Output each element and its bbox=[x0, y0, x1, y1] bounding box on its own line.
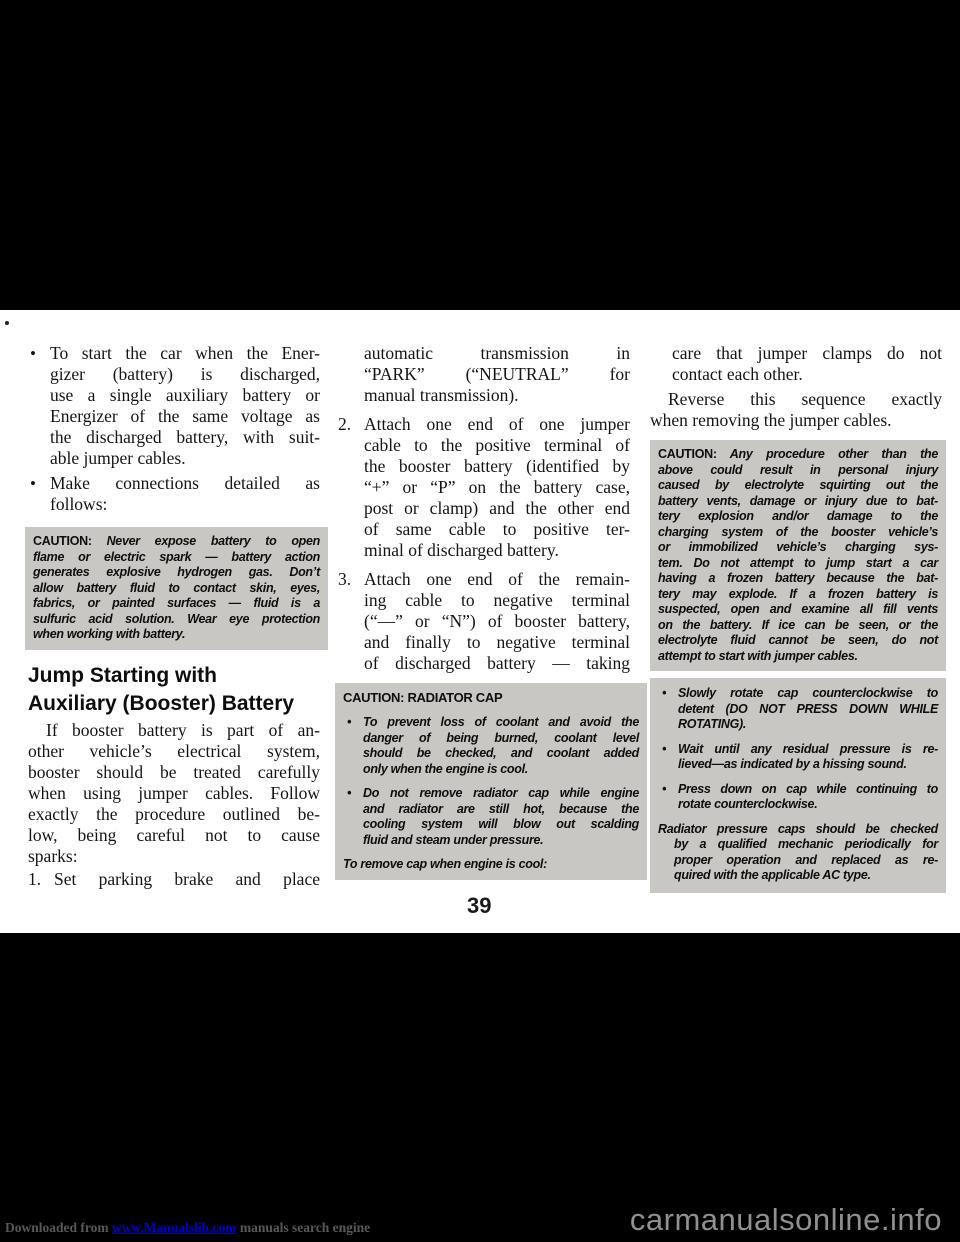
cap-footer-text: Radiator pressure caps should be checked… bbox=[658, 822, 938, 884]
scanned-manual-page: { "page": { "number": "39" }, "markers":… bbox=[0, 0, 960, 1242]
paragraph-reverse-sequence: Reverse this sequence exactlywhen removi… bbox=[650, 389, 942, 431]
item-number-2: 2. bbox=[338, 414, 351, 435]
bullet-item-start-car: • To start the car when the Ener-gizer (… bbox=[28, 343, 320, 469]
numbered-item-1-continued: automatic transmission in“PARK” (“NEUTRA… bbox=[338, 343, 630, 406]
bullet-icon: • bbox=[662, 686, 666, 702]
radiator-footer-text: To remove cap when engine is cool: bbox=[343, 857, 639, 873]
numbered-item-3-continued-text: care that jumper clamps do notcontact ea… bbox=[672, 343, 942, 385]
numbered-item-2: 2. Attach one end of one jumpercable to … bbox=[338, 414, 630, 561]
radiator-cap-title: CAUTION: RADIATOR CAP bbox=[343, 690, 639, 706]
numbered-item-1-text: Set parking brake and place bbox=[54, 869, 320, 890]
radiator-bullet-coolant: • To prevent loss of coolant and avoid t… bbox=[343, 715, 639, 777]
cap-removal-box: • Slowly rotate cap counterclockwise tod… bbox=[650, 678, 946, 893]
caution-box-battery: CAUTION: Never expose battery to openfla… bbox=[25, 527, 328, 650]
bullet-icon: • bbox=[347, 715, 351, 731]
cap-bullet-wait: • Wait until any residual pressure is re… bbox=[658, 742, 938, 773]
stray-scan-dot bbox=[5, 321, 9, 325]
numbered-item-1-continued-text: automatic transmission in“PARK” (“NEUTRA… bbox=[364, 343, 630, 406]
bullet-icon: • bbox=[30, 473, 36, 494]
column-1: • To start the car when the Ener-gizer (… bbox=[28, 343, 320, 890]
downloaded-suffix: manuals search engine bbox=[237, 1220, 371, 1235]
carmanualsonline-watermark: carmanualsonline.info bbox=[630, 1202, 942, 1238]
downloaded-prefix: Downloaded from bbox=[5, 1220, 112, 1235]
bullet-icon: • bbox=[662, 742, 666, 758]
radiator-bullet-hot-text: Do not remove radiator cap while enginea… bbox=[363, 786, 639, 848]
cap-bullet-press: • Press down on cap while continuing tor… bbox=[658, 782, 938, 813]
caution-box-radiator-cap: CAUTION: RADIATOR CAP • To prevent loss … bbox=[335, 683, 647, 880]
cap-bullet-press-text: Press down on cap while continuing torot… bbox=[678, 782, 938, 813]
numbered-item-1: 1. Set parking brake and place bbox=[28, 869, 320, 890]
manualslib-link[interactable]: www.Manualslib.com bbox=[112, 1220, 237, 1235]
column-3: care that jumper clamps do notcontact ea… bbox=[650, 343, 942, 893]
bullet-icon: • bbox=[347, 786, 351, 802]
section-heading-jump-starting: Jump Starting withAuxiliary (Booster) Ba… bbox=[28, 662, 320, 718]
column-2: automatic transmission in“PARK” (“NEUTRA… bbox=[338, 343, 630, 880]
bullet-item-make-connections: • Make connections detailed asfollows: bbox=[28, 473, 320, 515]
bullet-item-make-connections-text: Make connections detailed asfollows: bbox=[50, 473, 320, 515]
cap-bullet-wait-text: Wait until any residual pressure is re-l… bbox=[678, 742, 938, 773]
cap-bullet-rotate-text: Slowly rotate cap counterclockwise todet… bbox=[678, 686, 938, 733]
page-number: 39 bbox=[467, 893, 491, 919]
numbered-item-3-text: Attach one end of the remain-ing cable t… bbox=[364, 569, 630, 674]
item-number-1: 1. bbox=[28, 869, 41, 890]
numbered-item-3-continued: care that jumper clamps do notcontact ea… bbox=[650, 343, 942, 385]
bottom-black-scan-bar bbox=[0, 933, 960, 1242]
caution-box-any-procedure: CAUTION: Any procedure other than theabo… bbox=[650, 440, 946, 671]
downloaded-watermark: Downloaded from www.Manualslib.com manua… bbox=[5, 1220, 370, 1236]
paragraph-booster-battery: If booster battery is part of an-other v… bbox=[28, 720, 320, 867]
radiator-bullet-coolant-text: To prevent loss of coolant and avoid the… bbox=[363, 715, 639, 777]
cap-removal-box-inner: • Slowly rotate cap counterclockwise tod… bbox=[650, 678, 946, 893]
bullet-item-start-car-text: To start the car when the Ener-gizer (ba… bbox=[50, 343, 320, 469]
bullet-icon: • bbox=[662, 782, 666, 798]
bullet-icon: • bbox=[30, 343, 36, 364]
radiator-bullet-hot: • Do not remove radiator cap while engin… bbox=[343, 786, 639, 848]
numbered-item-2-text: Attach one end of one jumpercable to the… bbox=[364, 414, 630, 561]
item-number-3: 3. bbox=[338, 569, 351, 590]
top-black-scan-bar bbox=[0, 0, 960, 310]
numbered-item-3: 3. Attach one end of the remain-ing cabl… bbox=[338, 569, 630, 674]
cap-bullet-rotate: • Slowly rotate cap counterclockwise tod… bbox=[658, 686, 938, 733]
